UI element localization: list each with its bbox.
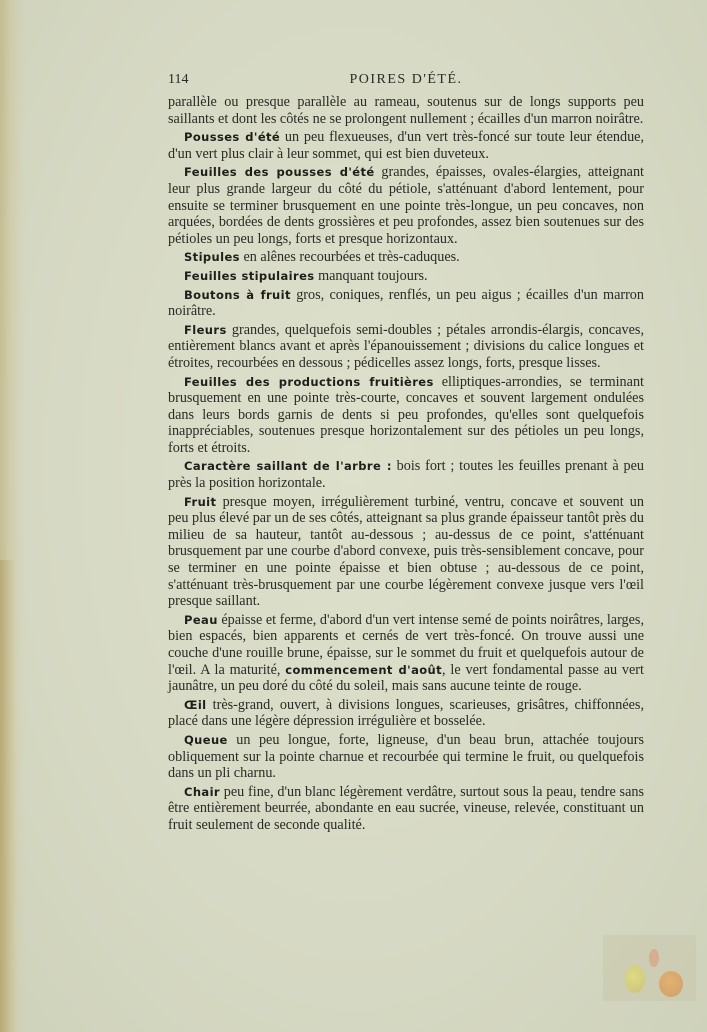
term-heading: Chair <box>184 785 220 799</box>
pear-icon <box>649 949 659 967</box>
paragraph-continuation: parallèle ou presque parallèle au rameau… <box>168 94 644 127</box>
term-heading: Caractère saillant de l'arbre : <box>184 459 392 473</box>
paragraph-queue: Queue un peu longue, forte, ligneuse, d'… <box>168 732 644 782</box>
paragraph-pousses: Pousses d'été un peu flexueuses, d'un ve… <box>168 129 644 162</box>
term-heading: Feuilles des pousses d'été <box>184 165 375 179</box>
paragraph-boutons: Boutons à fruit gros, coniques, renflés,… <box>168 287 644 320</box>
term-maturity: commencement d'août <box>285 663 442 677</box>
book-page: 114 POIRES D'ÉTÉ. parallèle ou presque p… <box>168 72 644 836</box>
paragraph-feuilles-pousses: Feuilles des pousses d'été grandes, épai… <box>168 164 644 247</box>
paragraph-feuilles-stipulaires: Feuilles stipulaires manquant toujours. <box>168 268 644 285</box>
body-text: parallèle ou presque parallèle au rameau… <box>168 94 644 834</box>
term-heading: Pousses d'été <box>184 130 280 144</box>
paragraph-stipules: Stipules en alênes recourbées et très-ca… <box>168 249 644 266</box>
paragraph-peau: Peau épaisse et ferme, d'abord d'un vert… <box>168 612 644 695</box>
term-heading: Queue <box>184 733 228 747</box>
paragraph-oeil: Œil très-grand, ouvert, à divisions long… <box>168 697 644 730</box>
term-heading: Fruit <box>184 495 216 509</box>
term-heading: Stipules <box>184 250 240 264</box>
paragraph-caractere: Caractère saillant de l'arbre : bois for… <box>168 458 644 491</box>
fruit-thumbnail-icon <box>603 935 696 1001</box>
pear-icon <box>659 971 683 997</box>
paragraph-fleurs: Fleurs grandes, quelquefois semi-doubles… <box>168 322 644 372</box>
pear-icon <box>625 965 645 993</box>
term-heading: Peau <box>184 613 218 627</box>
term-heading: Fleurs <box>184 323 227 337</box>
page-spine-edge <box>0 560 16 1032</box>
running-head: 114 POIRES D'ÉTÉ. <box>168 72 644 94</box>
term-heading: Boutons à fruit <box>184 288 291 302</box>
term-heading: Feuilles des productions fruitières <box>184 375 434 389</box>
paragraph-fruit: Fruit presque moyen, irrégulièrement tur… <box>168 494 644 610</box>
paragraph-feuilles-productions: Feuilles des productions fruitières elli… <box>168 374 644 457</box>
term-heading: Feuilles stipulaires <box>184 269 315 283</box>
running-title: POIRES D'ÉTÉ. <box>168 72 644 88</box>
term-heading: Œil <box>184 698 207 712</box>
paragraph-chair: Chair peu fine, d'un blanc légèrement ve… <box>168 784 644 834</box>
